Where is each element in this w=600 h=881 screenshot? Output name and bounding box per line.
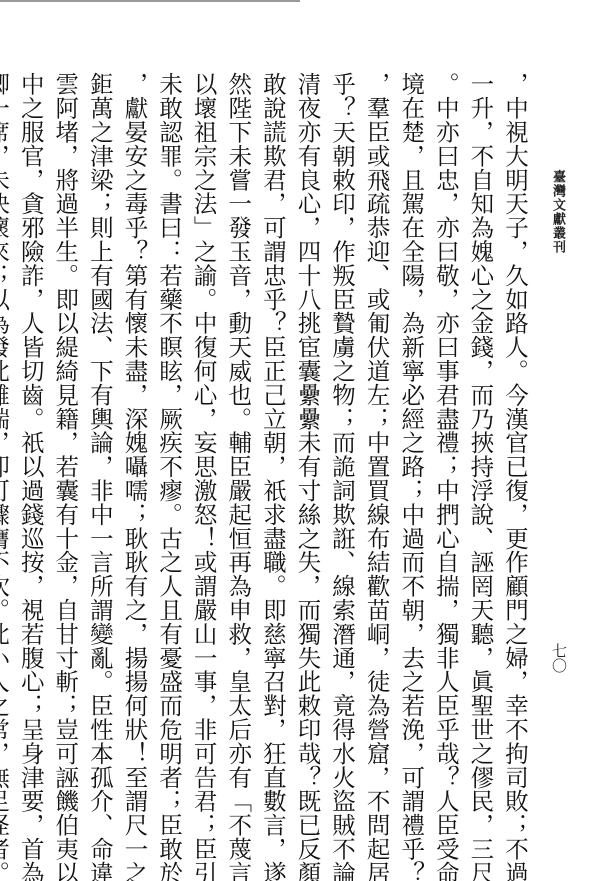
text-column: 然陛下未嘗一發玉音，動天威也。輔臣嚴起恒再為申救，皇太后亦有「不蔑言官之職， (221, 72, 256, 852)
text-column: 一升，不自知為媿心之金錢，而乃挾持浮說、誣罔天聽，眞聖世之僇民，三尺所不赦也 (463, 72, 498, 852)
main-text-block: ，中視大明天子，久如路人。今漢官已復，更作顧門之婦，幸不拘司敗；不過考功回少 一… (0, 72, 532, 852)
text-column: 鉅萬之津梁；則上有國法、下有輿論，非中一言所謂變亂。臣性本孤介、命違富貴，浮 (82, 72, 117, 852)
text-column: 雲阿堵，將過半生。即以緹綺見籍，若囊有十金，自甘寸斬；豈可誣饑伯夷以為盜跖！ (48, 72, 83, 852)
text-column: ，中視大明天子，久如路人。今漢官已復，更作顧門之婦，幸不拘司敗；不過考功回少 (497, 72, 532, 852)
text-column: 以壞祖宗之法」之諭。中復何心，妄思激怒！或謂嚴山一事，非可告君；臣引謝不祥， (186, 72, 221, 852)
page-number: 七〇 (548, 643, 570, 673)
text-column: ，羣臣或飛疏恭迎、或匍伏道左；中置買線布結歡苗峒，徒為營窟，不問起居，可謂敬 (359, 72, 394, 852)
text-column: 中之服官，貪邪險詐，人皆切齒。祇以過錢巡按，視若腹心；呈身津要，首為鷹犬。同 (13, 72, 48, 852)
text-column: 清夜亦有良心，四十八挑宦囊纍纍未有寸絲之失，而獨失此敕印哉？既已反顏背主，復 (290, 72, 325, 852)
text-column: 未敢認罪。書曰：若藥不瞑眩，厥疾不瘳。古之人且有憂盛而危明者；臣敢於杌隉之時 (151, 72, 186, 852)
text-column: ，獻晏安之毒乎？第有懷未盡，深媿囁嚅；耿耿有之，揚揚何狀！至謂尺一之白簡，作 (117, 72, 152, 852)
text-column: 。中亦曰忠，亦曰敬，亦曰事君盡禮；中捫心自揣，獨非人臣乎哉？人臣受命官粵而越 (428, 72, 463, 852)
scan-edge-line (0, 0, 300, 2)
text-column: 卿一席，未快懷來；以為發此難端，即可驟膺不次。此小人之常，無足怪者。獨是朝廷 (0, 72, 13, 852)
series-title: 臺灣文獻叢刊 (545, 170, 567, 254)
text-column: 敢說謊欺君，可謂忠乎？臣正己立朝，祇求盡職。即慈寧召對，狂直數言，遂蒙切責； (255, 72, 290, 852)
text-column: 乎？天朝敕印，作叛臣贄虜之物；而詭詞欺誑、線索潛通，竟得水火盜賊不論之旨。中 (324, 72, 359, 852)
text-column: 境在楚，且駕在全陽，為新寧必經之路；中過而不朝，去之若浼，可謂禮乎？駕至武岡 (394, 72, 429, 852)
